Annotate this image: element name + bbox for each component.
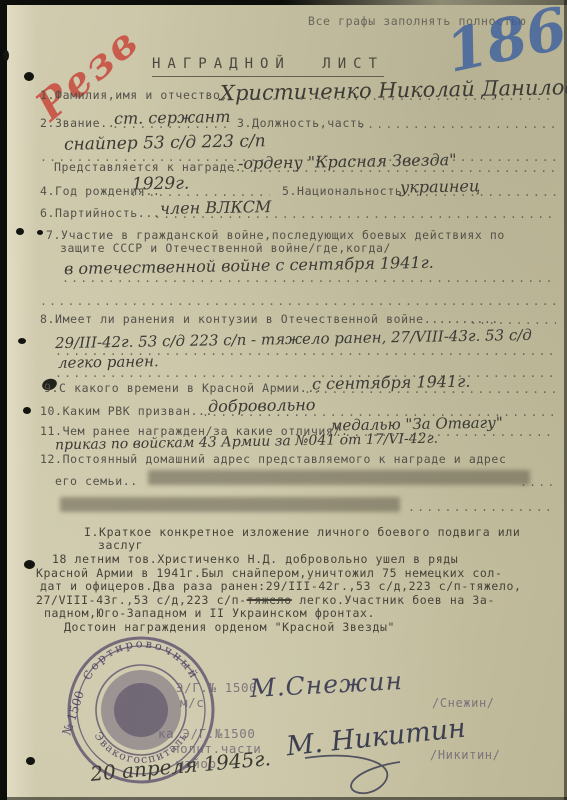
field-war-label-line2: защите СССР и Отечественной войне/где,ко… bbox=[60, 241, 391, 255]
dotted-line: ........................................… bbox=[408, 500, 556, 513]
field-nationality-value: украинец bbox=[400, 176, 480, 196]
citation-line: дат и офицеров.Два раза ранен:29/III-42г… bbox=[40, 579, 522, 593]
citation-heading-line1: I.Краткое конкретное изложение личного б… bbox=[84, 525, 520, 539]
hole-punch bbox=[37, 230, 43, 235]
citation-line4-pre: 27/VIII-43г.,53 с/д,223 с/п- bbox=[36, 593, 247, 607]
field-party-value: член ВЛКСМ bbox=[160, 197, 272, 218]
hole-punch bbox=[3, 50, 9, 61]
deputy-name-confirm: /Никитин/ bbox=[430, 748, 500, 762]
citation-line4-struck-word: тяжело bbox=[247, 593, 292, 607]
field-birth-year-value: 1929г. bbox=[132, 174, 190, 195]
field-army-since-value: с сентября 1941г. bbox=[312, 372, 471, 394]
field-party-label: 6.Партийность... bbox=[40, 206, 160, 220]
scan-light-strip bbox=[7, 0, 37, 800]
field-drafted-value: добровольно bbox=[208, 395, 316, 416]
hole-punch bbox=[16, 228, 24, 235]
signature-flourish bbox=[300, 752, 430, 800]
chief-signature: М.Снежин bbox=[249, 666, 403, 703]
citation-line4-post: легко.Участник боев на За- bbox=[292, 593, 495, 607]
chief-name-confirm: /Снежин/ bbox=[432, 696, 495, 710]
field-award-label: Представляется к награде. bbox=[54, 160, 242, 174]
field-rank-value: ст. сержант bbox=[114, 107, 231, 128]
field-address-label-line2: его семьи.. bbox=[55, 474, 138, 488]
hole-punch bbox=[26, 757, 35, 765]
field-nationality-label: 5.Национальность bbox=[282, 184, 402, 198]
chief-service-line: м/с bbox=[180, 695, 204, 710]
field-rank-label: 2.Звание.. bbox=[40, 116, 115, 130]
award-sheet-scan: Все графы заполнять полностью 186 Резв Н… bbox=[0, 0, 567, 800]
document-title: НАГРАДНОЙ ЛИСТ bbox=[152, 56, 384, 77]
registry-number-handwritten: 186 bbox=[440, 0, 567, 86]
field-unit-label: 3.Должность,часть bbox=[237, 116, 365, 130]
field-award-value: -ордену "Красная Звезда" bbox=[238, 150, 457, 173]
scan-edge-top bbox=[0, 0, 567, 5]
citation-line: 18 летним тов.Христиченко Н.Д. доброволь… bbox=[52, 552, 458, 566]
citation-heading-line2: заслуг bbox=[98, 538, 143, 552]
citation-line: 27/VIII-43г.,53 с/д,223 с/п-тяжело легко… bbox=[36, 593, 495, 607]
hole-punch bbox=[24, 72, 34, 81]
citation-line: падном,Юго-Западном и II Украинском фрон… bbox=[44, 606, 375, 620]
field-address-label-line1: 12.Постоянный домашний адрес представляе… bbox=[40, 452, 506, 466]
dotted-line: ........................................… bbox=[40, 294, 556, 307]
redacted-address bbox=[148, 470, 530, 485]
field-unit-value: снайпер 53 с/д 223 с/п bbox=[64, 131, 266, 155]
field-name-label: 1.Фамилия,имя и отчество. bbox=[40, 88, 228, 102]
chief-unit-line: Э/Г.№ 1500 bbox=[176, 680, 257, 695]
hole-punch bbox=[23, 407, 31, 414]
dotted-line: ........................................… bbox=[358, 117, 556, 130]
field-drafted-label: 10.Каким РВК призван... bbox=[40, 404, 213, 418]
dotted-line: ........................................… bbox=[470, 313, 556, 326]
hole-punch bbox=[18, 338, 26, 344]
field-war-label-line1: 7.Участие в гражданской войне,последующи… bbox=[46, 228, 505, 242]
field-wounds-label: 8.Имеет ли ранения и контузии в Отечеств… bbox=[40, 312, 499, 326]
deputy-unit-line: ка Э/Г.№1500 bbox=[158, 726, 256, 741]
stamp-number-text: № 1500 bbox=[60, 689, 87, 737]
field-wounds-value-line2: легко ранен. bbox=[58, 352, 159, 372]
ink-blot bbox=[24, 560, 35, 569]
redacted-address bbox=[60, 497, 400, 512]
field-army-since-label: 9.С какого времени в Красной Армии... bbox=[44, 381, 322, 395]
dotted-line: ........................................… bbox=[520, 475, 556, 488]
citation-line: Красной Армии в 1941г.Был снайпером,унич… bbox=[36, 566, 502, 580]
scan-edge-left bbox=[0, 0, 7, 800]
